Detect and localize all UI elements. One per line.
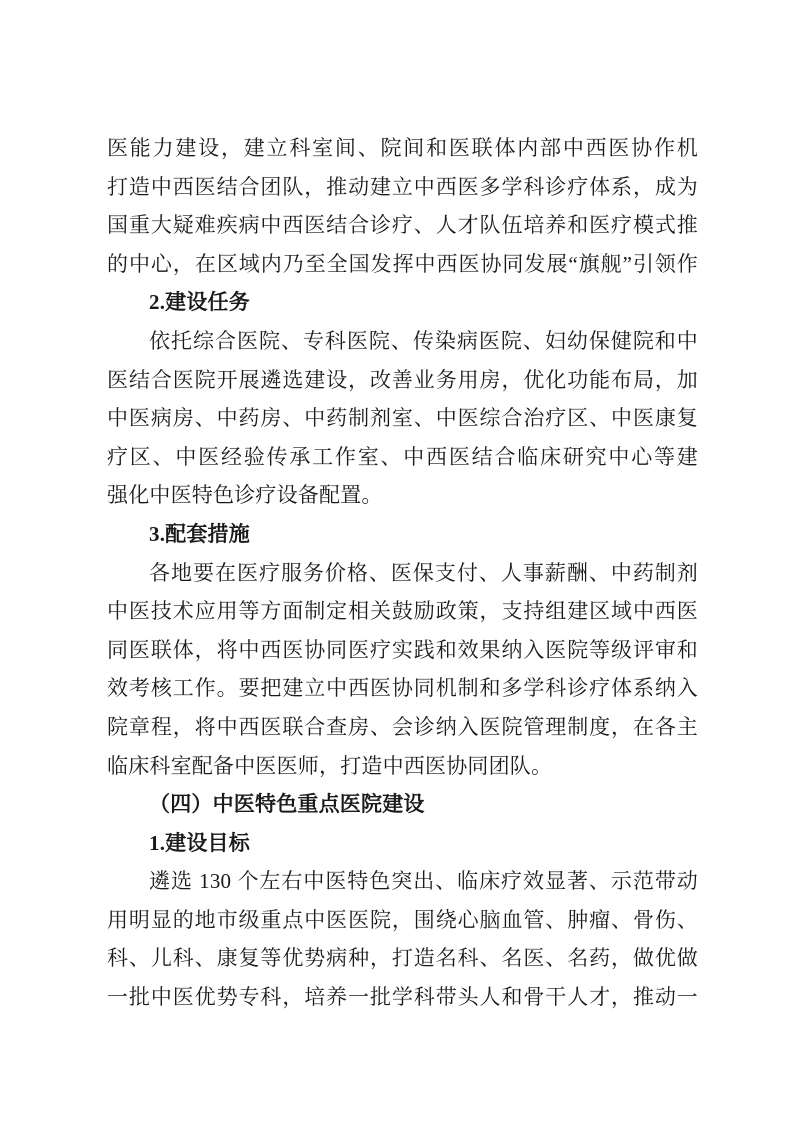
heading-construction-tasks: 2.建设任务 [107,283,698,322]
document-content: 医能力建设，建立科室间、院间和医联体内部中西医协作机制，打造中西医结合团队，推动… [107,129,698,1017]
text-line: 医能力建设，建立科室间、院间和医联体内部中西医协作机制， [107,129,698,168]
text-line: 医结合医院开展遴选建设，改善业务用房，优化功能布局，加强 [107,361,698,400]
text-line: 同医联体，将中西医协同医疗实践和效果纳入医院等级评审和绩 [107,631,698,670]
text-line: 用明显的地市级重点中医医院，围绕心脑血管、肿瘤、骨伤、妇 [107,901,698,940]
text-line: 效考核工作。要把建立中西医协同机制和多学科诊疗体系纳入医 [107,669,698,708]
heading-construction-goals: 1.建设目标 [107,824,698,863]
text-line: 中医技术应用等方面制定相关鼓励政策，支持组建区域中西医协 [107,592,698,631]
text-line: 国重大疑难疾病中西医结合诊疗、人才队伍培养和医疗模式推广 [107,206,698,245]
heading-tcm-featured-key-hospitals: （四）中医特色重点医院建设 [107,785,698,824]
text-line: 依托综合医院、专科医院、传染病医院、妇幼保健院和中西 [107,322,698,361]
text-line: 遴选 130 个左右中医特色突出、临床疗效显著、示范带动作 [107,862,698,901]
text-line: 一批中医优势专科，培养一批学科带头人和骨干人才，推动一批 [107,978,698,1017]
text-line: 的中心，在区域内乃至全国发挥中西医协同发展“旗舰”引领作用。 [107,245,698,284]
text-line: 打造中西医结合团队，推动建立中西医多学科诊疗体系，成为全 [107,168,698,207]
text-line: 各地要在医疗服务价格、医保支付、人事薪酬、中药制剂和 [107,554,698,593]
text-line: 疗区、中医经验传承工作室、中西医结合临床研究中心等建设， [107,438,698,477]
document-page: 医能力建设，建立科室间、院间和医联体内部中西医协作机制，打造中西医结合团队，推动… [0,0,800,1131]
text-line: 中医病房、中药房、中药制剂室、中医综合治疗区、中医康复治 [107,399,698,438]
heading-supporting-measures: 3.配套措施 [107,515,698,554]
text-line: 院章程，将中西医联合查房、会诊纳入医院管理制度，在各主要 [107,708,698,747]
text-line: 临床科室配备中医医师，打造中西医协同团队。 [107,747,698,786]
text-line: 强化中医特色诊疗设备配置。 [107,476,698,515]
text-line: 科、儿科、康复等优势病种，打造名科、名医、名药，做优做强 [107,939,698,978]
